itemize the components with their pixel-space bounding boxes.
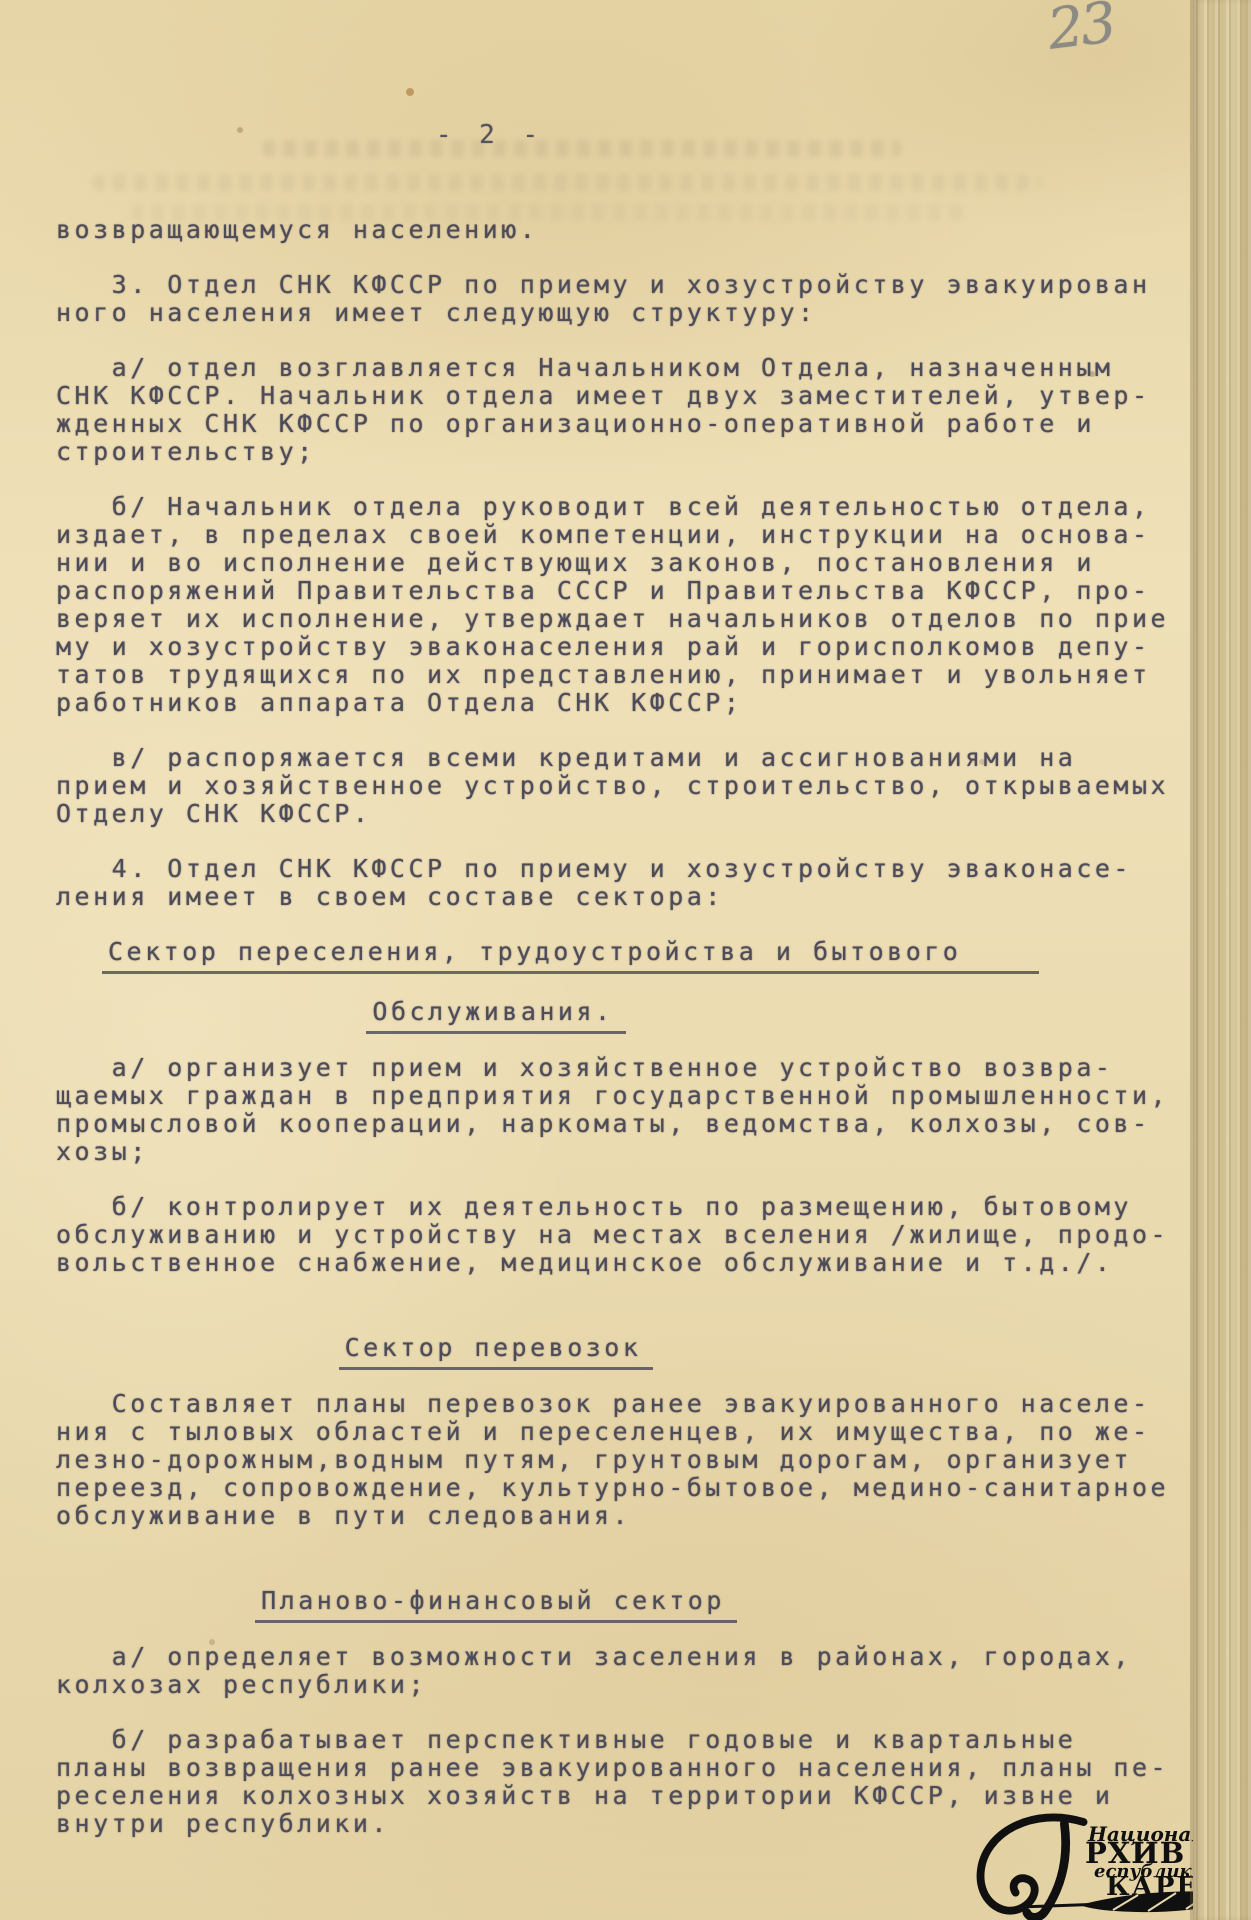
paragraph: 4. Отдел СНК КФССР по приему и хозустрой… [56, 855, 1206, 911]
section-heading: Обслуживания. [56, 998, 936, 1034]
paragraph: а/ отдел возглавляется Начальником Отдел… [56, 354, 1206, 466]
text-line: б/ контролирует их деятельность по разме… [56, 1193, 1206, 1221]
text-line: СНК КФССР. Начальник отдела имеет двух з… [56, 382, 1206, 410]
text-line: татов трудящихся по их представлению, пр… [56, 661, 1206, 689]
section-heading: Сектор перевозок [56, 1334, 936, 1370]
document-body: возвращающемуся населению. 3. Отдел СНК … [56, 216, 1206, 1838]
text-line: б/ разрабатывает перспективные годовые и… [56, 1726, 1206, 1754]
text-line: прием и хозяйственное устройство, строит… [56, 772, 1206, 800]
text-line: жденных СНК КФССР по организационно-опер… [56, 410, 1206, 438]
text-line: Планово-финансовый сектор [56, 1587, 936, 1623]
bleed-through-smudge [92, 174, 1042, 191]
paragraph: 3. Отдел СНК КФССР по приему и хозустрой… [56, 271, 1206, 327]
text-line: ного населения имеет следующую структуру… [56, 299, 1206, 327]
text-line: издает, в пределах своей компетенции, ин… [56, 521, 1206, 549]
paragraph: б/ контролирует их деятельность по разме… [56, 1193, 1206, 1277]
section-heading: Планово-финансовый сектор [56, 1587, 936, 1623]
text-line: Отделу СНК КФССР. [56, 800, 1206, 828]
text-line: 3. Отдел СНК КФССР по приему и хозустрой… [56, 271, 1206, 299]
text-line: Сектор перевозок [56, 1334, 936, 1370]
text-line: внутри республики. [56, 1810, 1206, 1838]
text-line: хозы; [56, 1138, 1206, 1166]
text-line: Обслуживания. [56, 998, 936, 1034]
archive-logo-line3: еспублики [1094, 1861, 1205, 1882]
text-line: нии и во исполнение действующих законов,… [56, 549, 1206, 577]
text-line: обслуживание в пути следования. [56, 1502, 1206, 1530]
text-line: обслуживанию и устройству на местах всел… [56, 1221, 1206, 1249]
text-line: веряет их исполнение, утверждает начальн… [56, 605, 1206, 633]
stacked-pages-edge [1193, 0, 1251, 1920]
text-line: строительству; [56, 438, 1206, 466]
text-line: работников аппарата Отдела СНК КФССР; [56, 689, 1206, 717]
text-line: возвращающемуся населению. [56, 216, 1206, 244]
paragraph: в/ распоряжается всеми кредитами и ассиг… [56, 744, 1206, 828]
text-line: колхозах республики; [56, 1671, 1206, 1699]
scanned-document-page: 23 - 2 - возвращающемуся населению. 3. О… [0, 0, 1251, 1920]
text-line: переезд, сопровождение, культурно-бытово… [56, 1474, 1206, 1502]
text-line: му и хозустройству эваконаселения рай и … [56, 633, 1206, 661]
paragraph: а/ определяет возможности заселения в ра… [56, 1643, 1206, 1699]
text-line: а/ отдел возглавляется Начальником Отдел… [56, 354, 1206, 382]
text-line: планы возвращения ранее эвакуированного … [56, 1754, 1206, 1782]
text-line: промысловой кооперации, наркоматы, ведом… [56, 1110, 1206, 1138]
text-line: реселения колхозных хозяйств на территор… [56, 1782, 1206, 1810]
text-line: вольственное снабжение, медицинское обсл… [56, 1249, 1206, 1277]
text-line: распоряжений Правительства СССР и Правит… [56, 577, 1206, 605]
paragraph: б/ разрабатывает перспективные годовые и… [56, 1726, 1206, 1838]
text-line: Составляет планы перевозок ранее эвакуир… [56, 1390, 1206, 1418]
text-line: б/ Начальник отдела руководит всей деяте… [56, 493, 1206, 521]
paragraph: б/ Начальник отдела руководит всей деяте… [56, 493, 1206, 717]
handwritten-page-number: 23 [1044, 0, 1117, 63]
text-line: 4. Отдел СНК КФССР по приему и хозустрой… [56, 855, 1206, 883]
text-line: ления имеет в своем составе сектора: [56, 883, 1206, 911]
text-line: а/ организует прием и хозяйственное устр… [56, 1054, 1206, 1082]
archive-logo-line2: РХИВ [1085, 1836, 1185, 1870]
text-line: ния с тыловых областей и переселенцев, и… [56, 1418, 1206, 1446]
text-line: щаемых граждан в предприятия государстве… [56, 1082, 1206, 1110]
paragraph: Составляет планы перевозок ранее эвакуир… [56, 1390, 1206, 1530]
text-line: Сектор переселения, трудоустройства и бы… [102, 938, 1206, 974]
text-line: в/ распоряжается всеми кредитами и ассиг… [56, 744, 1206, 772]
text-line: а/ определяет возможности заселения в ра… [56, 1643, 1206, 1671]
paragraph: а/ организует прием и хозяйственное устр… [56, 1054, 1206, 1166]
section-heading: Сектор переселения, трудоустройства и бы… [56, 938, 1206, 974]
typed-page-number: - 2 - [0, 120, 980, 150]
paragraph: возвращающемуся населению. [56, 216, 1206, 244]
text-line: лезно-дорожным,водным путям, грунтовым д… [56, 1446, 1206, 1474]
dust-specks [0, 0, 4, 4]
